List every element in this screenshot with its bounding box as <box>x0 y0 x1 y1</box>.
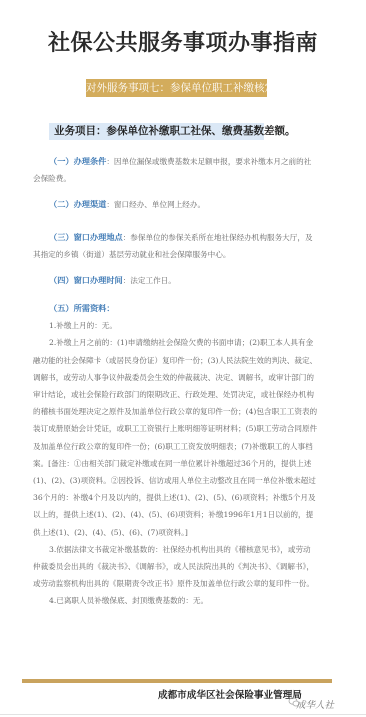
material-item-2: 2.补缴上月之前的：(1)申请缴纳社会保险欠费的书面申请；(2)职工本人具有金融… <box>33 334 318 540</box>
section-materials: （五）所需资料： 1.补缴上月的：无。 2.补缴上月之前的：(1)申请缴纳社会保… <box>33 300 318 610</box>
hours-text: ：法定工作日。 <box>123 276 176 285</box>
channels-text: ：窗口经办、单位网上经办。 <box>106 200 205 209</box>
page-title: 社保公共服务事项办事指南 <box>0 26 366 57</box>
material-item-3: 3.依据法律文书裁定补缴基数的：社保经办机构出具的《稽核意见书》，或劳动仲裁委员… <box>33 541 318 593</box>
section-channels: （二）办理渠道：窗口经办、单位网上经办。 <box>33 196 318 213</box>
section-hours: （四）窗口办理时间：法定工作日。 <box>33 272 318 289</box>
conditions-label: （一）办理条件 <box>49 156 106 166</box>
issuing-organization: 成都市成华区社会保险事业管理局 <box>158 687 302 701</box>
hours-label: （四）窗口办理时间 <box>49 275 123 285</box>
business-project-heading: 业务项目：参保单位补缴职工社保、缴费基数差额。 <box>49 123 264 140</box>
footer-divider <box>22 679 332 683</box>
materials-label: （五）所需资料： <box>49 303 115 313</box>
section-location: （三）窗口办理地点：参保单位的参保关系所在地社保经办机构服务大厅，及其指定的乡镇… <box>33 229 318 263</box>
bottom-border <box>0 714 366 715</box>
material-item-4: 4.已离职人员补缴保底、封顶缴费基数的：无。 <box>33 592 318 609</box>
section-conditions: （一）办理条件：因单位漏保或缴费基数未足额申报，要求补缴本月之前的社会保险费。 <box>33 153 318 187</box>
channels-label: （二）办理渠道 <box>49 199 106 209</box>
watermark-label: 成华人社 <box>296 697 334 711</box>
material-item-1: 1.补缴上月的：无。 <box>33 317 318 334</box>
location-label: （三）窗口办理地点 <box>49 232 123 242</box>
service-item-banner: 对外服务事项七：参保单位职工补缴核定 <box>86 79 267 97</box>
